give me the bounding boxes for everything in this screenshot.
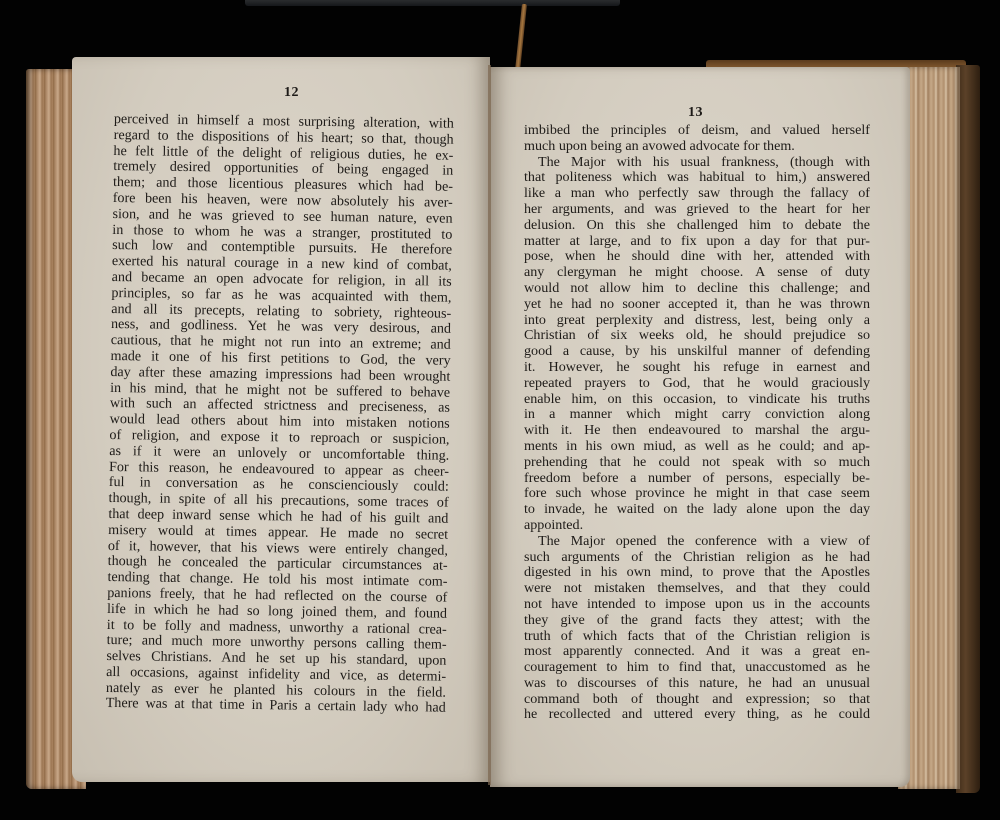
text-line: not have intended to impose upon us in t… [524,597,870,613]
text-line: imbibed the principles of deism, and val… [524,123,870,139]
text-line: any clergyman he might choose. A sense o… [524,265,870,281]
text-line: in a manner which might carry conviction… [524,407,870,423]
text-line: much upon being an avowed advocate for t… [524,139,870,155]
text-line: The Major with his usual frankness, (tho… [524,155,870,171]
text-line: Christian of six weeks old, he should pr… [524,328,870,344]
text-line: matter at large, and to fix upon a day f… [524,234,870,250]
text-line: such arguments of the Christian religion… [524,550,870,566]
text-line: her arguments, and was grieved to the he… [524,202,870,218]
right-page: 13 imbibed the principles of deism, and … [490,67,910,787]
text-line: he recollected and uttered every thing, … [524,707,870,723]
left-page: 12 perceived in himself a most surprisin… [72,57,490,782]
text-line: pose, when he should dine with her, atte… [524,249,870,265]
text-line: to invade, he waited on the lady alone u… [524,502,870,518]
text-line: command both of thought and expression; … [524,692,870,708]
text-line: into great perplexity and distress, lest… [524,313,870,329]
bookmark-ribbon-bar [245,0,620,6]
text-line: they give of the grand facts they attest… [524,613,870,629]
left-page-text: perceived in himself a most surprising a… [106,112,454,717]
text-line: ments in his own miud, as well as he cou… [524,439,870,455]
right-page-text: imbibed the principles of deism, and val… [524,123,870,723]
text-line: couragement to him to find that, unaccus… [524,660,870,676]
text-line: it. However, he sought his refuge in ear… [524,360,870,376]
text-line: digested in his own mind, to prove that … [524,565,870,581]
page-number-left: 12 [284,85,299,101]
text-line: appointed. [524,518,870,534]
text-line: fore such whose province he might in tha… [524,486,870,502]
text-line: freedom before a number of persons, espe… [524,471,870,487]
text-line: was to discourses of this nature, he had… [524,676,870,692]
text-line: were not mistaken themselves, and that t… [524,581,870,597]
text-line: delusion. On this she challenged him to … [524,218,870,234]
page-number-right: 13 [688,105,703,121]
text-line: enable him, on this occasion, to vindica… [524,392,870,408]
text-line: would not allow him to decline this chal… [524,281,870,297]
text-line: like a man who perfectly saw through the… [524,186,870,202]
text-line: most apparently connected. And it was a … [524,644,870,660]
open-book: 12 perceived in himself a most surprisin… [20,55,980,795]
text-line: that politeness which was habitual to hi… [524,170,870,186]
text-line: truth of which facts that of the Christi… [524,629,870,645]
text-line: yet he had no sooner accepted it, than h… [524,297,870,313]
text-line: There was at that time in Paris a certai… [106,696,446,717]
text-line: repeated prayers to God, that he would g… [524,376,870,392]
text-line: with it. He then endeavoured to marshal … [524,423,870,439]
text-line: prehending that he could not speak with … [524,455,870,471]
text-line: good a cause, by his unskilful manner of… [524,344,870,360]
book-gutter [488,65,491,785]
text-line: The Major opened the conference with a v… [524,534,870,550]
